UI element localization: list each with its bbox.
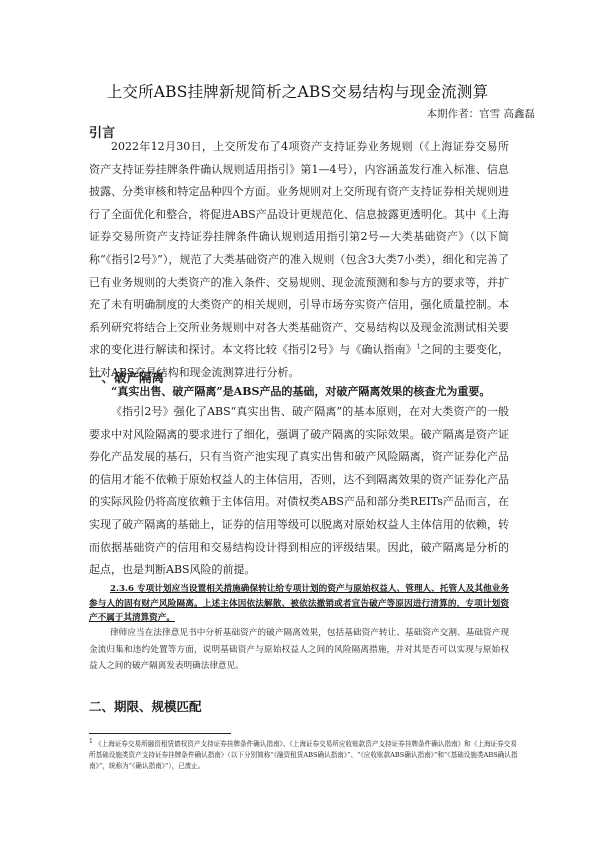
document-page: 上交所ABS挂牌新规简析之ABS交易结构与现金流测算 本期作者：官雪 高鑫磊 引… [0,0,595,842]
footnote: 1 《上海证券交易所融资租赁债权资产支持证券挂牌条件确认指南》、《上海证券交易所… [89,739,519,772]
lawyer-opinion-note: 律师应当在法律意见书中分析基础资产的破产隔离效果，包括基础资产转让、基础资产交割… [89,625,509,675]
section-lead-statement: “真实出售、破产隔离”是ABS产品的基础，对破产隔离效果的核查尤为重要。 [111,381,490,403]
footnote-number: 1 [89,738,93,745]
footnote-divider [89,733,231,734]
section-paragraph: 《指引2号》强化了ABS“真实出售、破产隔离”的基本原则，在对大类资产的一般要求… [89,401,509,582]
footnote-text: 《上海证券交易所融资租赁债权资产支持证券挂牌条件确认指南》、《上海证券交易所应收… [89,740,517,770]
intro-text-part1: 2022年12月30日，上交所发布了4项资产支持证券业务规则（《上海证券交易所资… [89,140,509,356]
regulation-quote: 2.3.6 专项计划应当设置相关措施确保转让给专项计划的资产与原始权益人、管理人… [89,582,509,626]
authors-line: 本期作者：官雪 高鑫磊 [427,106,535,121]
section-heading-term-scale-matching: 二、期限、规模匹配 [89,697,202,715]
document-title: 上交所ABS挂牌新规简析之ABS交易结构与现金流测算 [0,80,595,102]
intro-paragraph: 2022年12月30日，上交所发布了4项资产支持证券业务规则（《上海证券交易所资… [89,136,509,385]
